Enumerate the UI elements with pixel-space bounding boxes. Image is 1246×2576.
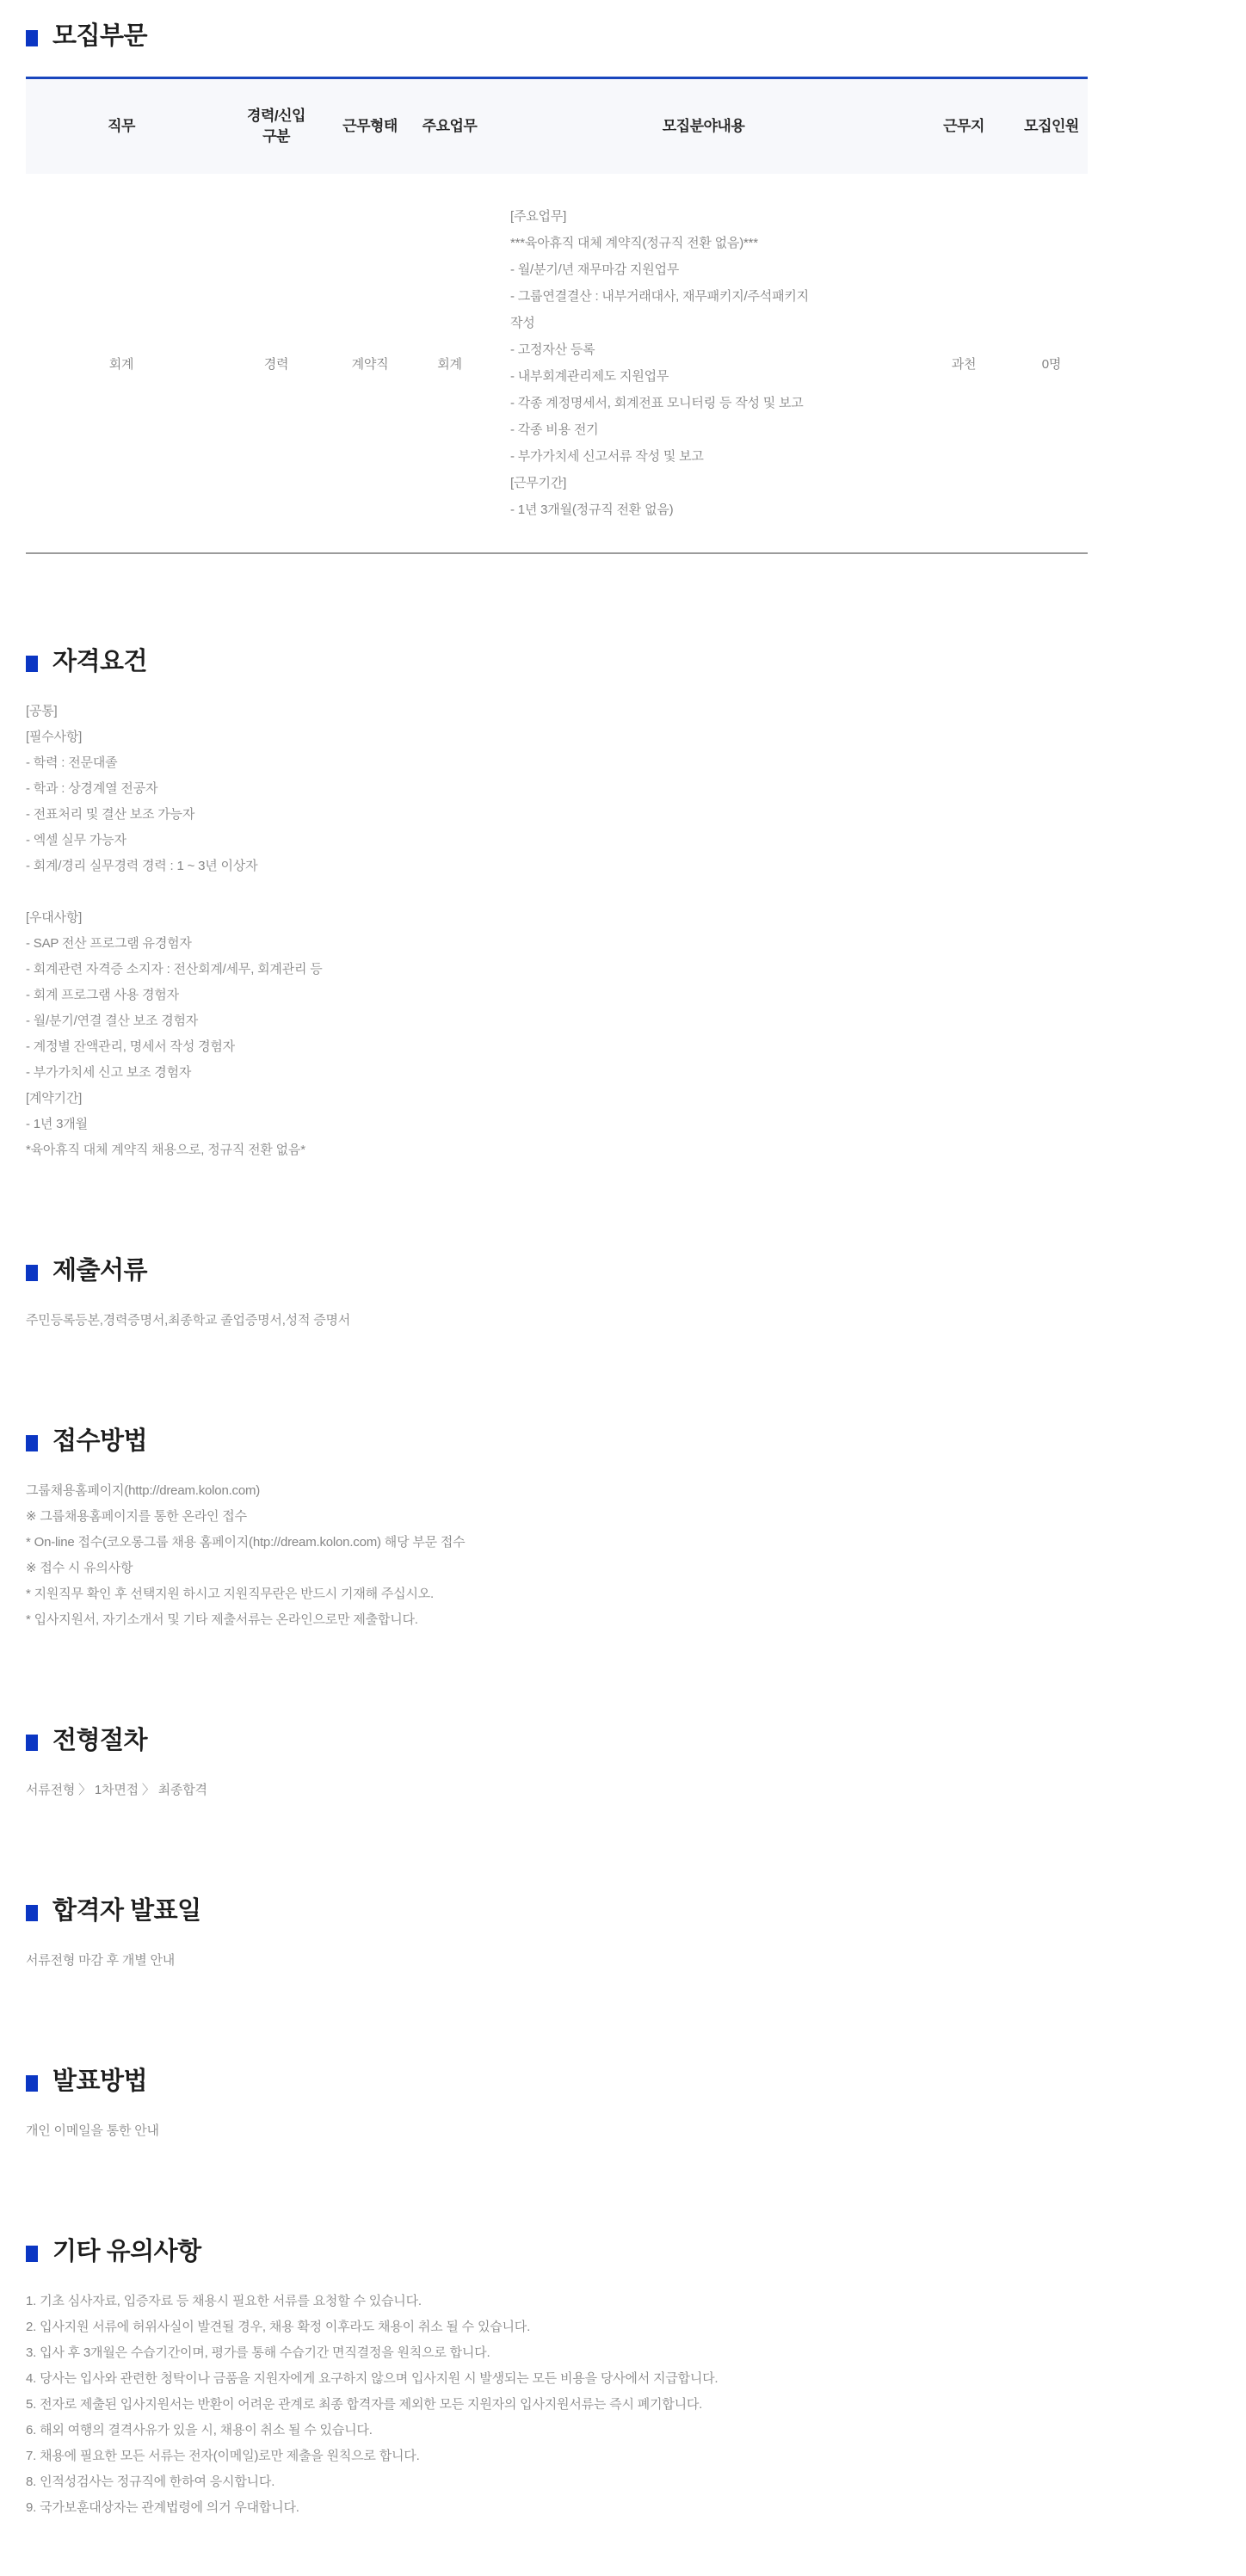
section-title-documents: 제출서류 [26, 1256, 1220, 1285]
announcement-date-text: 서류전형 마감 후 개별 안내 [26, 1948, 1220, 1974]
section-title-announcement-date: 합격자 발표일 [26, 1896, 1220, 1926]
cell-main-task: 회계 [404, 174, 495, 553]
section-title-qualifications: 자격요건 [26, 647, 1220, 676]
header-work-type: 근무형태 [336, 78, 404, 175]
section-title-application: 접수방법 [26, 1427, 1220, 1456]
section-title-announcement-method: 발표방법 [26, 2067, 1220, 2096]
documents-text: 주민등록등본,경력증명서,최종학교 졸업증명서,성적 증명서 [26, 1308, 1220, 1334]
section-announcement-method: 발표방법 개인 이메일을 통한 안내 [26, 2067, 1220, 2144]
bullet-icon [26, 1905, 38, 1921]
section-title-text: 기타 유의사항 [52, 2237, 201, 2266]
section-title-text: 제출서류 [52, 1256, 147, 1285]
bullet-icon [26, 1265, 38, 1281]
application-text: 그룹채용홈페이지(http://dream.kolon.com) ※ 그룹채용홈… [26, 1478, 1220, 1633]
bullet-icon [26, 2246, 38, 2262]
section-qualifications: 자격요건 [공통] [필수사항] - 학력 : 전문대졸 - 학과 : 상경계열… [26, 647, 1220, 1163]
header-job: 직무 [26, 78, 217, 175]
section-announcement-date: 합격자 발표일 서류전형 마감 후 개별 안내 [26, 1896, 1220, 1974]
bullet-icon [26, 2075, 38, 2092]
section-title-process: 전형절차 [26, 1726, 1220, 1755]
job-posting-page: 모집부문 직무 경력/신입 구분 근무형태 주요업무 모집분야내용 근무지 모집… [0, 0, 1246, 2576]
section-process: 전형절차 서류전형 〉 1차면접 〉 최종합격 [26, 1726, 1220, 1803]
header-location: 근무지 [912, 78, 1015, 175]
header-field-description: 모집분야내용 [495, 78, 912, 175]
section-documents: 제출서류 주민등록등본,경력증명서,최종학교 졸업증명서,성적 증명서 [26, 1256, 1220, 1334]
recruitment-table-header-row: 직무 경력/신입 구분 근무형태 주요업무 모집분야내용 근무지 모집인원 [26, 78, 1088, 175]
notes-text: 1. 기초 심사자료, 입증자료 등 채용시 필요한 서류를 요청할 수 있습니… [26, 2289, 1220, 2521]
section-recruitment: 모집부문 직무 경력/신입 구분 근무형태 주요업무 모집분야내용 근무지 모집… [26, 22, 1220, 554]
section-title-text: 전형절차 [52, 1726, 147, 1755]
cell-job: 회계 [26, 174, 217, 553]
process-text: 서류전형 〉 1차면접 〉 최종합격 [26, 1778, 1220, 1803]
section-title-recruitment: 모집부문 [26, 22, 1220, 51]
cell-work-type: 계약직 [336, 174, 404, 553]
header-career-type: 경력/신입 구분 [217, 78, 336, 175]
cell-location: 과천 [912, 174, 1015, 553]
qualifications-text: [공통] [필수사항] - 학력 : 전문대졸 - 학과 : 상경계열 전공자 … [26, 699, 1220, 1163]
section-title-notes: 기타 유의사항 [26, 2237, 1220, 2266]
section-title-text: 접수방법 [52, 1427, 147, 1456]
announcement-method-text: 개인 이메일을 통한 안내 [26, 2118, 1220, 2144]
header-main-task: 주요업무 [404, 78, 495, 175]
recruitment-table-row: 회계 경력 계약직 회계 [주요업무] ***육아휴직 대체 계약직(정규직 전… [26, 174, 1088, 553]
header-headcount: 모집인원 [1015, 78, 1088, 175]
cell-career-type: 경력 [217, 174, 336, 553]
bullet-icon [26, 1735, 38, 1751]
bullet-icon [26, 656, 38, 672]
section-title-text: 합격자 발표일 [52, 1896, 201, 1926]
bullet-icon [26, 1435, 38, 1451]
section-title-text: 자격요건 [52, 647, 147, 676]
section-title-text: 발표방법 [52, 2067, 147, 2096]
section-application: 접수방법 그룹채용홈페이지(http://dream.kolon.com) ※ … [26, 1427, 1220, 1633]
section-title-text: 모집부문 [52, 22, 147, 51]
section-notes: 기타 유의사항 1. 기초 심사자료, 입증자료 등 채용시 필요한 서류를 요… [26, 2237, 1220, 2521]
bullet-icon [26, 30, 38, 46]
recruitment-table: 직무 경력/신입 구분 근무형태 주요업무 모집분야내용 근무지 모집인원 회계… [26, 77, 1088, 554]
cell-field-description: [주요업무] ***육아휴직 대체 계약직(정규직 전환 없음)*** - 월/… [495, 174, 912, 553]
cell-headcount: 0명 [1015, 174, 1088, 553]
